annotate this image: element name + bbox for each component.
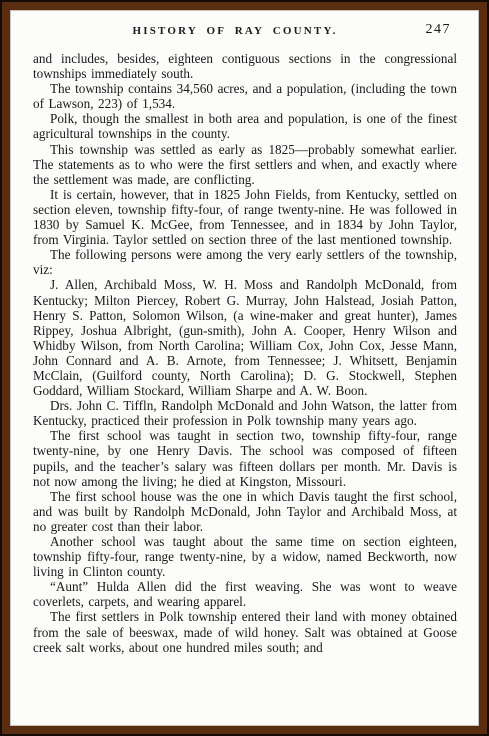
paragraph: Drs. John C. Tiffln, Randolph McDonald a… (33, 398, 457, 428)
paragraph: Another school was taught about the same… (33, 534, 457, 579)
paragraph: The first school house was the one in wh… (33, 489, 457, 534)
paragraph: This township was settled as early as 18… (33, 142, 457, 187)
paragraph: and includes, besides, eighteen contiguo… (33, 51, 457, 81)
paragraph: The first settlers in Polk township ente… (33, 609, 457, 654)
page-body: and includes, besides, eighteen contiguo… (33, 51, 457, 655)
paragraph: J. Allen, Archibald Moss, W. H. Moss and… (33, 277, 457, 398)
paragraph: The township contains 34,560 acres, and … (33, 81, 457, 111)
paragraph: Polk, though the smallest in both area a… (33, 111, 457, 141)
book-page: HISTORY OF RAY COUNTY. 247 and includes,… (10, 10, 479, 726)
page-title: HISTORY OF RAY COUNTY. (23, 25, 447, 37)
paragraph: “Aunt” Hulda Allen did the first weaving… (33, 579, 457, 609)
page-frame: HISTORY OF RAY COUNTY. 247 and includes,… (0, 0, 489, 736)
paragraph: The following persons were among the ver… (33, 247, 457, 277)
paragraph: It is certain, however, that in 1825 Joh… (33, 187, 457, 247)
paragraph: The first school was taught in section t… (33, 428, 457, 488)
page-header: HISTORY OF RAY COUNTY. 247 (33, 22, 457, 42)
page-number: 247 (426, 22, 452, 38)
